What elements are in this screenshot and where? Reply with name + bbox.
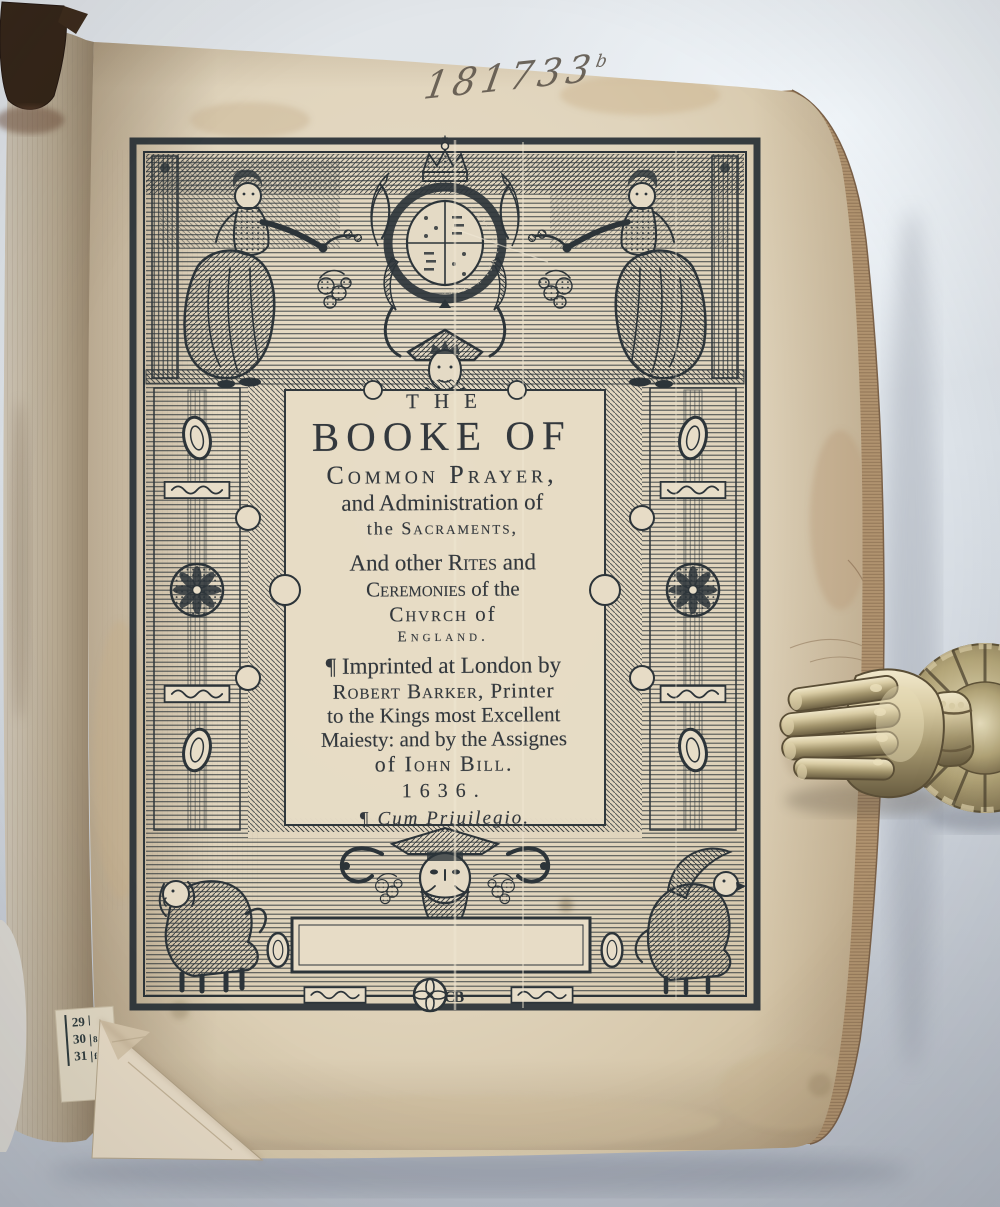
imprint-line-london: ¶ Imprinted at London by: [272, 653, 614, 679]
fragment-mark: f: [91, 1051, 98, 1063]
fragment-number: 31: [74, 1047, 92, 1065]
title-line-rites: And other Rites and: [272, 550, 614, 576]
imprint-line-bill: of Iohn Bill.: [273, 751, 615, 776]
title-line-booke-of: BOOKE OF: [271, 414, 613, 459]
bill-caps: Iohn Bill.: [404, 750, 513, 776]
fragment-row: 308: [72, 1030, 98, 1049]
barker-caps: Robert Barker,: [332, 679, 484, 704]
title-line-common-prayer: Common Prayer,: [271, 460, 613, 489]
chvrch-suffix: of: [468, 601, 497, 625]
fragment-mark: [88, 1015, 92, 1025]
rites-suffix: and: [497, 549, 536, 574]
chvrch-caps: Chvrch: [389, 602, 468, 627]
title-page-text: THE BOOKE OF Common Prayer, and Administ…: [270, 390, 615, 830]
fragment-number: 30: [72, 1030, 90, 1048]
sacraments-caps: Sacraments,: [401, 518, 518, 539]
book-photograph: HONI SOIT QVI MAL Y PENSE: [0, 0, 1000, 1207]
barker-suffix: Printer: [484, 678, 555, 702]
imprint-line-barker: Robert Barker, Printer: [273, 680, 615, 704]
title-line-administration: and Administration of: [271, 490, 613, 516]
imprint-line-kings: to the Kings most Excellent: [273, 704, 615, 728]
fragment-row: 31f: [74, 1047, 100, 1066]
bill-prefix: of: [375, 751, 405, 776]
fragment-mark: 8: [90, 1034, 98, 1046]
rites-prefix: And other: [349, 550, 448, 576]
shelfmark-superscript: b: [594, 51, 608, 73]
fragment-row: 29: [71, 1013, 97, 1032]
imprint-line-cum-privilegio: ¶ Cum Priuilegio.: [273, 808, 615, 830]
rites-caps: Rites: [448, 550, 497, 575]
title-line-chvrch: Chvrch of: [272, 603, 614, 627]
ceremonies-suffix: of the: [466, 576, 520, 600]
title-line-ceremonies: Ceremonies of the: [272, 578, 614, 602]
title-line-england: England.: [272, 628, 614, 646]
fragment-number: 29: [71, 1013, 89, 1031]
fragment-label: 29 308 31f: [64, 1013, 99, 1066]
ceremonies-caps: Ceremonies: [366, 577, 466, 602]
title-line-the: THE: [270, 390, 612, 414]
imprint-line-year: 1636.: [273, 779, 615, 802]
sacraments-prefix: the: [367, 519, 402, 539]
title-line-sacraments: the Sacraments,: [271, 518, 613, 539]
imprint-line-maiesty: Maiesty: and by the Assignes: [273, 728, 615, 752]
